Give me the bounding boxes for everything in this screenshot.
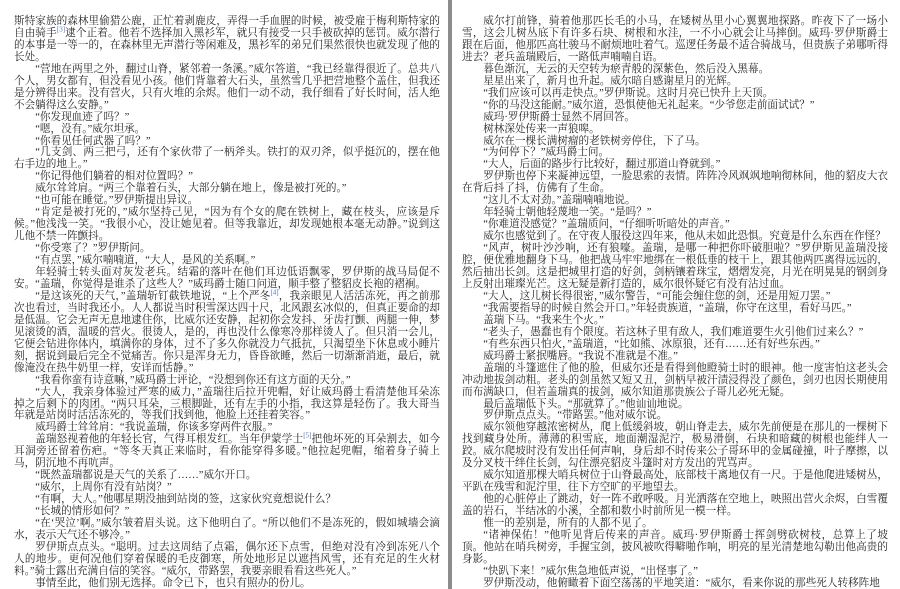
paragraph: “几支剑、两三把弓，还有个家伙带了一柄斧头。铁打的双刃斧，似乎挺沉的，摆在他右手… [14,147,440,171]
paragraph: 他的心脏停止了跳动，好一阵不敢呼吸。月光洒落在空地上，映照出营火余烬，白雪覆盖的… [462,494,888,518]
paragraph: “嗯，没有。”威尔坦承。 [14,124,440,136]
paragraph: 最后盖瑞低下头。“那就算了。”他讪讪地说。 [462,399,888,411]
footnote-marker[interactable]: [3] [57,25,65,33]
paragraph: “大人，后面的路步行比较好，翻过那道山脊就到。” [462,159,888,171]
paragraph: “是这该死的天气，”盖瑞斩钉截铁地说，“上个严冬[4]，我亲眼见人活活冻死，再之… [14,291,440,375]
paragraph: 罗伊斯点点头。“聪明。过去这周结了点霜，偶尔还下点雪，但绝对没有冷到冻死八个人的… [14,542,440,578]
paragraph: 事情至此，他们别无选择。命令已下，也只有照办的份儿。 [14,578,440,589]
paragraph: “你看见任何武器了吗？” [14,136,440,148]
paragraph: “我需要指导的时候自然会开口。”年轻贵族道，“盖瑞，你守在这里，看好马匹。” [462,303,888,315]
paragraph: “也可能在睡觉。”罗伊斯提出异议。 [14,195,440,207]
paragraph: 威玛·罗伊斯爵士显然不屑回答。 [462,112,888,124]
paragraph: “有点罢，”威尔喃喃道，“大人，是风的关系啊。” [14,255,440,267]
paragraph: 威玛爵士紧抿嘴唇。“我说不准就是不准。” [462,351,888,363]
paragraph: “长城的情形如何？” [14,506,440,518]
paragraph: “风声，树叶沙沙响，还有狼嚎。盖瑞，是哪一种把你吓破胆啦？”罗伊斯见盖瑞没接腔，… [462,243,888,291]
paragraph: “大人，我亲身体验过严寒的威力，”盖瑞往后拉开兜帽，好让威玛爵士看清楚他耳朵冻掉… [14,387,440,423]
paragraph: 威尔也感觉到了。在守夜人服役这四年来，他从未如此恐惧。究竟是什么东西在作怪？ [462,231,888,243]
book-page-right: 威尔打前锋，骑着他那匹长毛的小马，在矮树丛里小心翼翼地探路。昨夜下了一场小雪，这… [452,0,900,589]
paragraph: 罗伊斯也停下来凝神远望，一脸思索的表情。阵阵冷风飒飒地响彻林间，他的貂皮大衣在背… [462,171,888,195]
footnote-marker[interactable]: [5] [303,432,311,440]
paragraph: “肯定是被打死的，”威尔坚持己见，“因为有个女的爬在铁树上，藏在枝头，应该是斥候… [14,207,440,243]
footnote-marker[interactable]: [4] [270,288,278,296]
paragraph: 树林深处传来一声狼嗥。 [462,124,888,136]
paragraph: “我看你蛮有诗意嘛，”威玛爵士评论，“没想到你还有这方面的天分。” [14,375,440,387]
paragraph: 威尔在一棵长满树瘤的老铁树旁停住，下了马。 [462,136,888,148]
paragraph: “有些东西只怕火，”盖瑞道，“比如熊、冰原狼，还有……还有好些东西。” [462,339,888,351]
paragraph: 罗伊斯点点头。“带路罢。”他对威尔说。 [462,410,888,422]
paragraph: 盖瑞的斗篷遮住了他的脸，但威尔还是看得到他瞪骑士时的眼神。他一度害怕这老头会冲动… [462,363,888,399]
paragraph: 年轻骑士转头面对灰发老兵。结霜的落叶在他们耳边低语飘零，罗伊斯的战马局促不安。“… [14,267,440,291]
paragraph: “大人，这儿树长得很密，”威尔警告，“可能会缠住您的剑，还是用短刀罢。” [462,291,888,303]
paragraph: “快趴下来！”威尔焦急地低声说，“出怪事了。” [462,566,888,578]
paragraph: “为何停下？”威玛爵士问。 [462,147,888,159]
paragraph: 年轻骑士朝他轻蔑地一笑。“是吗？” [462,207,888,219]
paragraph: 斯特家族的森林里偷猎公鹿，正忙着剥鹿皮，弄得一手血腥的时候，被受雇于梅利斯特家的… [14,16,440,64]
paragraph: 威尔打前锋，骑着他那匹长毛的小马，在矮树丛里小心翼翼地探路。昨夜下了一场小雪，这… [462,16,888,64]
paragraph: “你受寒了？”罗伊斯问。 [14,243,440,255]
paragraph: “在‘哭泣’啊。”威尔皱着眉头说。这下他明白了。“所以他们不是冻死的，假如城墙会… [14,518,440,542]
paragraph: 暮色渐沉，无云的天空转为瘀青般的深紫色，然后没入黑幕。 [462,64,888,76]
paragraph: 惟一的差别是，所有的人都不见了。 [462,518,888,530]
paragraph: “营地在两里之外，翻过山脊，紧邻着一条溪。”威尔答道，“我已经靠得很近了。总共八… [14,64,440,112]
paragraph: 盖瑞下马。“我来生个火。” [462,315,888,327]
paragraph: 威尔领他穿越浓密树丛，爬上低缓斜坡，朝山脊走去，威尔先前便是在那儿的一棵树下找到… [462,422,888,470]
paragraph: 罗伊斯没动，他俯瞰着下面空荡荡的平地笑道：“威尔，看来你说的那些死人转移阵地 [462,578,888,589]
paragraph: “诸神保佑！”他听见背后传来的声音。威玛·罗伊斯爵士挥剑劈砍树枝，总算上了坡顶。… [462,530,888,566]
paragraph: “威尔，上周你有没有站岗？” [14,482,440,494]
paragraph: “你难道没感觉？”盖瑞质问，“仔细听听暗处的声音。” [462,219,888,231]
paragraph: “你的马没这能耐。”威尔道，恐惧使他无礼起来。“少爷您走前面试试？” [462,100,888,112]
paragraph: 威尔知道那棵大哨兵树位于山脊最高处，底部枝干离地仅有一尺。于是他爬进矮树丛，平趴… [462,470,888,494]
paragraph: “老头子，愚蠢也有个限度。若这林子里有敌人，我们难道要生火引他们过来么？” [462,327,888,339]
paragraph: “我们应该可以再走快点。”罗伊斯说。这时月亮已快升上天顶。 [462,88,888,100]
paragraph: “有啊，大人。”他哪星期没抽到站岗的签，这家伙究竟想说什么？ [14,494,440,506]
paragraph: 威尔耸耸肩。“两三个靠着石头，大部分躺在地上，像是被打死的。” [14,183,440,195]
paragraph: “既然盖瑞都说是天气的关系了……”威尔开口。 [14,470,440,482]
paragraph: 星星出来了，新月也升起。威尔暗自感谢星月的光辉。 [462,76,888,88]
paragraph: 盖瑞怒视着他的年轻长官，气得耳根发红。当年伊蒙学士[5]把他坏死的耳朵割去，如今… [14,434,440,470]
paragraph: 威玛爵士耸耸肩：“我说盖瑞，你该多穿两件衣服。” [14,422,440,434]
paragraph: “这儿不太对劲。”盖瑞喃喃地说。 [462,195,888,207]
paragraph: “你发现血迹了吗？” [14,112,440,124]
paragraph: “你记得他们躺着的相对位置吗？” [14,171,440,183]
book-page-left: 斯特家族的森林里偷猎公鹿，正忙着剥鹿皮，弄得一手血腥的时候，被受雇于梅利斯特家的… [0,0,448,589]
